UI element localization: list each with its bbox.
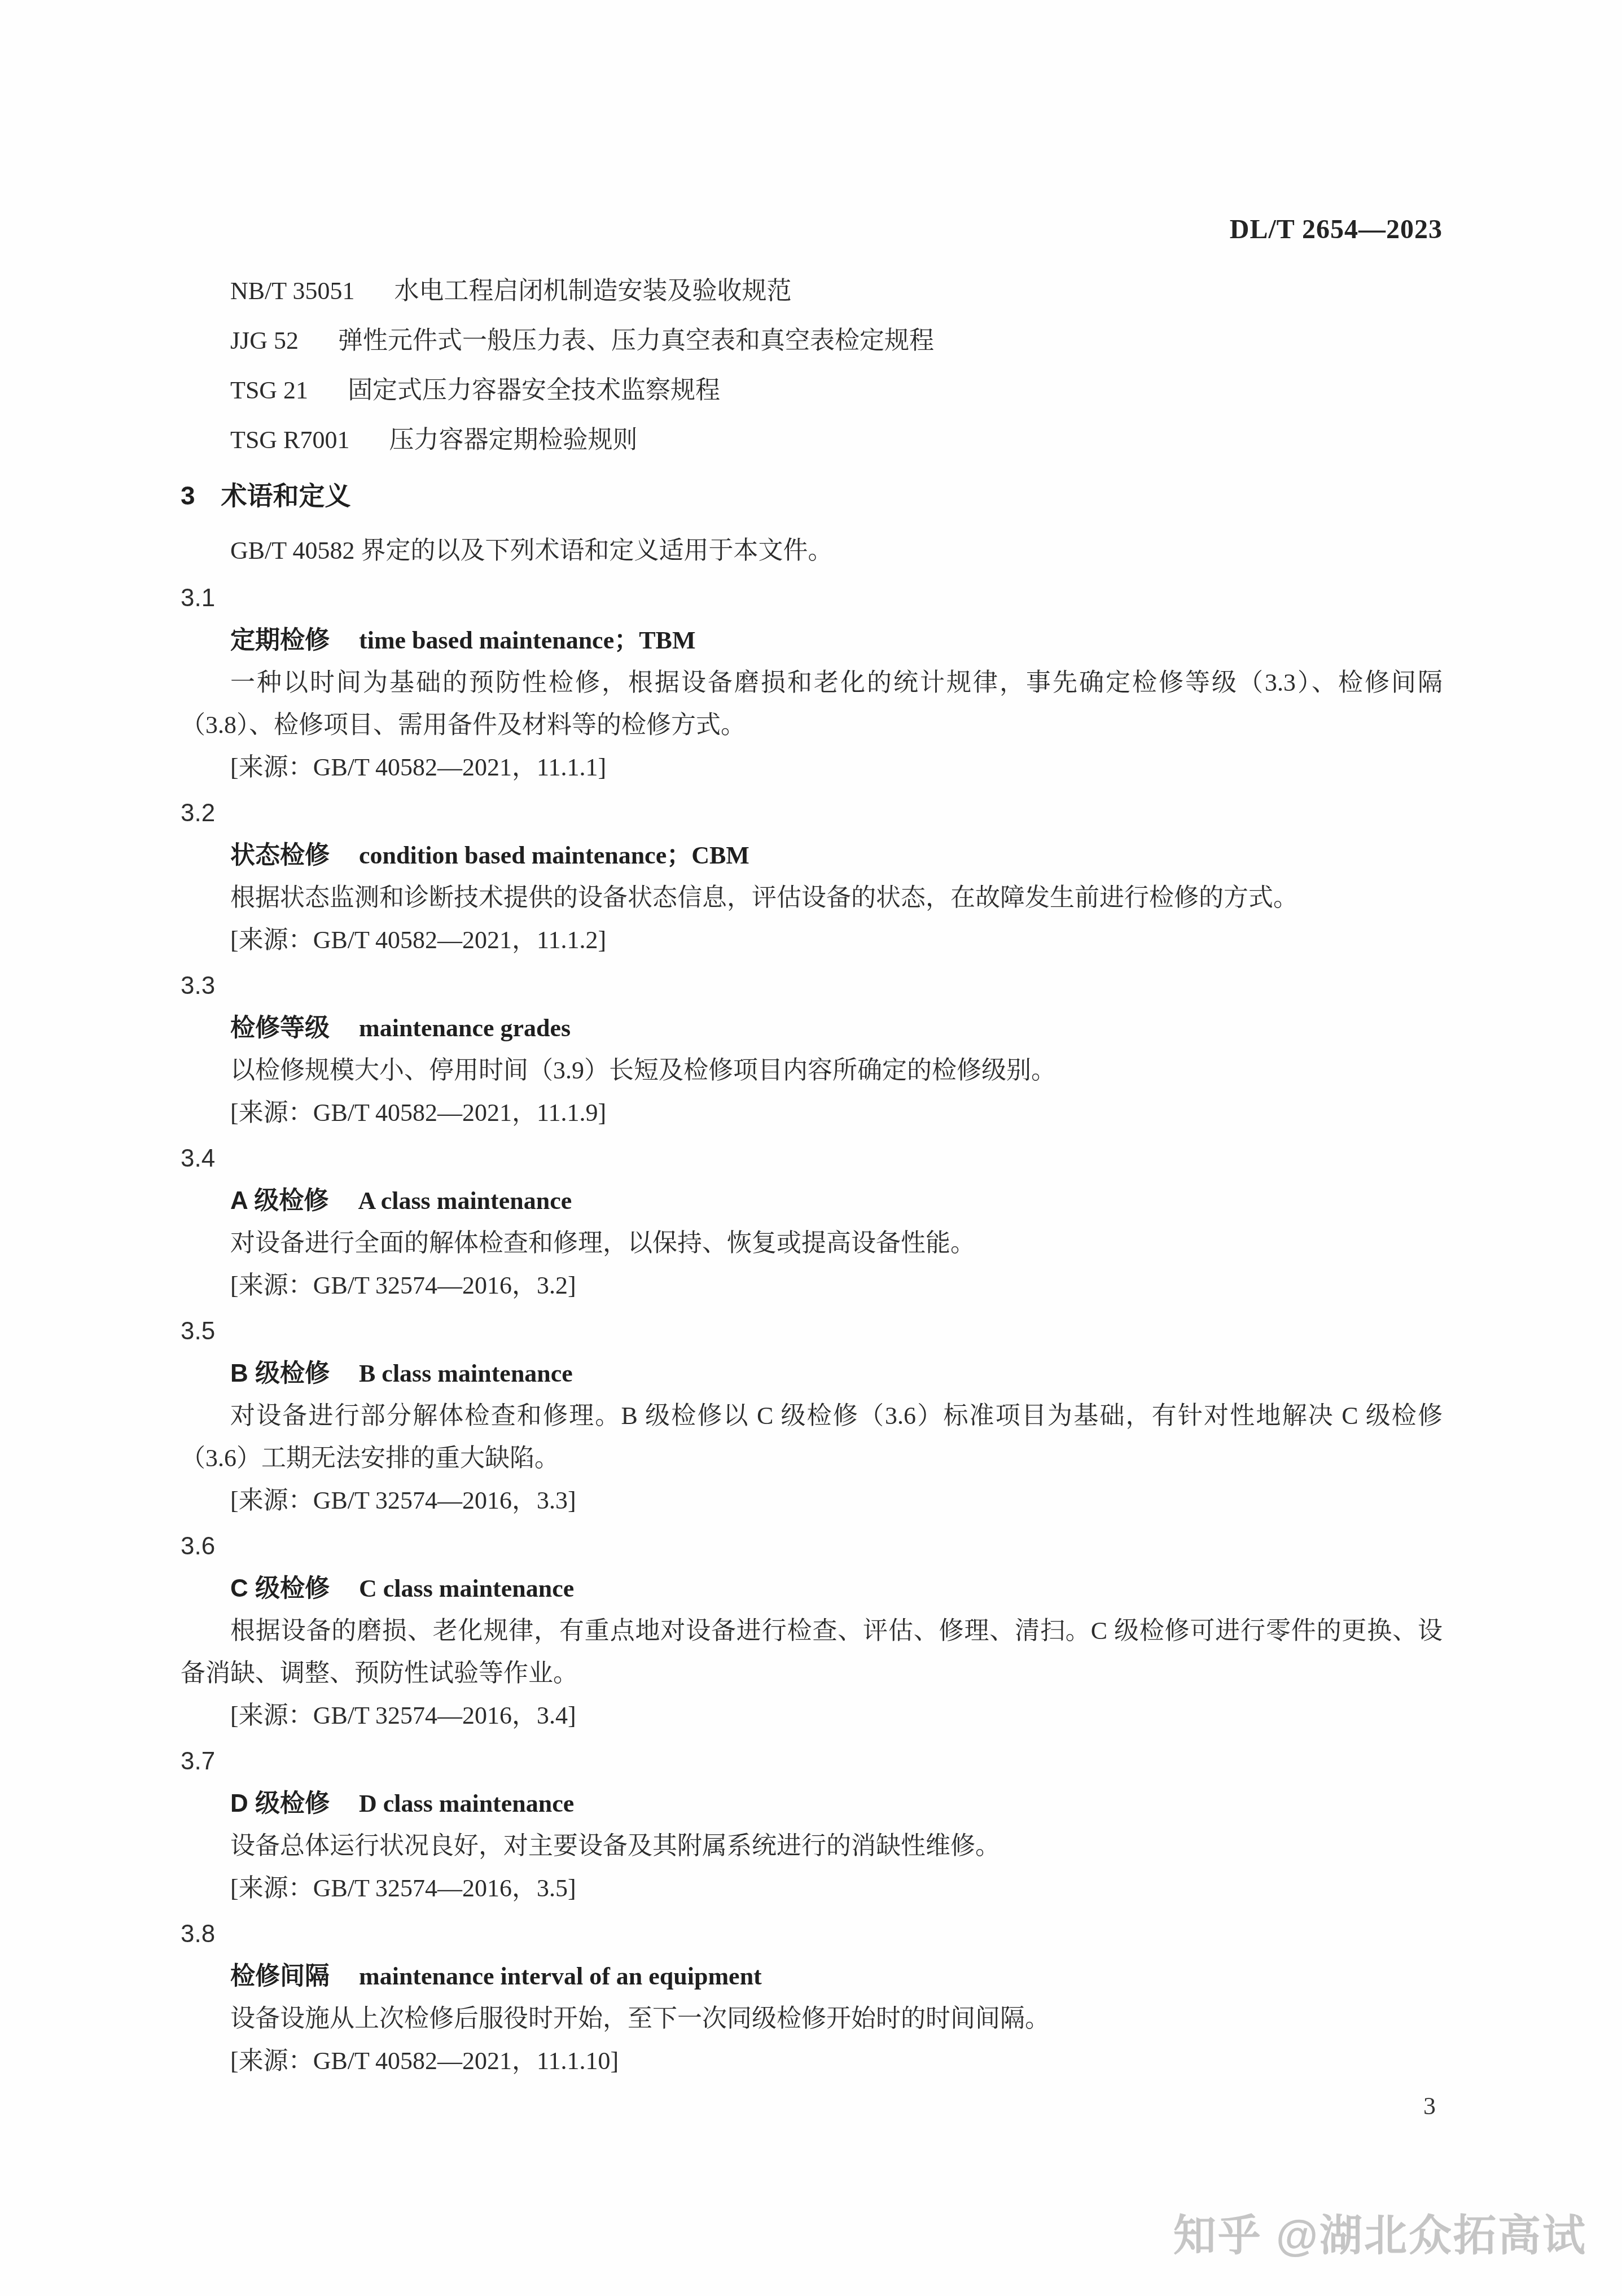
term-en: C class maintenance bbox=[359, 1575, 574, 1602]
term-en: maintenance interval of an equipment bbox=[359, 1962, 762, 1990]
term-heading: 检修间隔maintenance interval of an equipment bbox=[181, 1955, 1443, 1997]
term-heading: 检修等级maintenance grades bbox=[181, 1007, 1443, 1049]
term-zh: D 级检修 bbox=[230, 1790, 330, 1817]
term-source: [来源：GB/T 40582—2021，11.1.9] bbox=[181, 1092, 1443, 1134]
reference-title: 弹性元件式一般压力表、压力真空表和真空表检定规程 bbox=[338, 327, 934, 354]
term-block-3-8: 3.8 检修间隔maintenance interval of an equip… bbox=[181, 1913, 1443, 2082]
term-source: [来源：GB/T 32574—2016，3.5] bbox=[181, 1867, 1443, 1909]
list-item: TSG 21固定式压力容器安全技术监察规程 bbox=[181, 366, 1443, 415]
term-zh: 检修等级 bbox=[230, 1014, 330, 1042]
term-source: [来源：GB/T 40582—2021，11.1.1] bbox=[181, 746, 1443, 788]
reference-code: TSG R7001 bbox=[230, 426, 349, 454]
term-definition: 根据设备的磨损、老化规律，有重点地对设备进行检查、评估、修理、清扫。C 级检修可… bbox=[181, 1610, 1443, 1694]
term-block-3-4: 3.4 A 级检修A class maintenance 对设备进行全面的解体检… bbox=[181, 1137, 1443, 1307]
term-en: A class maintenance bbox=[358, 1187, 572, 1215]
standard-code-header: DL/T 2654—2023 bbox=[181, 208, 1443, 252]
section-title: 术语和定义 bbox=[221, 481, 351, 510]
term-zh: A 级检修 bbox=[230, 1187, 328, 1215]
section-heading: 3术语和定义 bbox=[181, 473, 1443, 518]
term-source: [来源：GB/T 40582—2021，11.1.2] bbox=[181, 919, 1443, 961]
term-zh: 状态检修 bbox=[230, 842, 330, 869]
reference-code: TSG 21 bbox=[230, 376, 308, 404]
reference-title: 水电工程启闭机制造安装及验收规范 bbox=[394, 277, 791, 305]
term-zh: 检修间隔 bbox=[230, 1962, 330, 1990]
page-content: DL/T 2654—2023 NB/T 35051水电工程启闭机制造安装及验收规… bbox=[181, 208, 1443, 2082]
term-definition: 一种以时间为基础的预防性检修，根据设备磨损和老化的统计规律，事先确定检修等级（3… bbox=[181, 661, 1443, 746]
list-item: NB/T 35051水电工程启闭机制造安装及验收规范 bbox=[181, 266, 1443, 316]
term-source: [来源：GB/T 32574—2016，3.4] bbox=[181, 1694, 1443, 1737]
term-number: 3.1 bbox=[181, 577, 1443, 619]
term-heading: 定期检修time based maintenance；TBM bbox=[181, 619, 1443, 661]
term-number: 3.8 bbox=[181, 1913, 1443, 1955]
term-zh: C 级检修 bbox=[230, 1575, 330, 1602]
term-en: B class maintenance bbox=[359, 1360, 573, 1387]
term-source: [来源：GB/T 32574—2016，3.2] bbox=[181, 1264, 1443, 1307]
term-source: [来源：GB/T 40582—2021，11.1.10] bbox=[181, 2040, 1443, 2082]
term-block-3-6: 3.6 C 级检修C class maintenance 根据设备的磨损、老化规… bbox=[181, 1525, 1443, 1737]
term-definition: 以检修规模大小、停用时间（3.9）长短及检修项目内容所确定的检修级别。 bbox=[181, 1049, 1443, 1092]
page-number: 3 bbox=[1423, 2085, 1436, 2127]
reference-code: NB/T 35051 bbox=[230, 277, 354, 305]
term-block-3-2: 3.2 状态检修condition based maintenance；CBM … bbox=[181, 792, 1443, 961]
term-block-3-7: 3.7 D 级检修D class maintenance 设备总体运行状况良好，… bbox=[181, 1740, 1443, 1909]
term-en: maintenance grades bbox=[359, 1014, 571, 1042]
term-heading: 状态检修condition based maintenance；CBM bbox=[181, 834, 1443, 877]
term-block-3-1: 3.1 定期检修time based maintenance；TBM 一种以时间… bbox=[181, 577, 1443, 788]
document-page: DL/T 2654—2023 NB/T 35051水电工程启闭机制造安装及验收规… bbox=[0, 0, 1622, 2296]
term-en: time based maintenance；TBM bbox=[359, 626, 695, 654]
list-item: TSG R7001压力容器定期检验规则 bbox=[181, 415, 1443, 465]
term-source: [来源：GB/T 32574—2016，3.3] bbox=[181, 1479, 1443, 1522]
term-heading: A 级检修A class maintenance bbox=[181, 1180, 1443, 1222]
term-zh: B 级检修 bbox=[230, 1360, 330, 1387]
term-number: 3.4 bbox=[181, 1137, 1443, 1180]
term-definition: 对设备进行全面的解体检查和修理，以保持、恢复或提高设备性能。 bbox=[181, 1222, 1443, 1264]
reference-code: JJG 52 bbox=[230, 327, 299, 354]
term-number: 3.2 bbox=[181, 792, 1443, 834]
normative-references-list: NB/T 35051水电工程启闭机制造安装及验收规范 JJG 52弹性元件式一般… bbox=[181, 266, 1443, 465]
term-block-3-3: 3.3 检修等级maintenance grades 以检修规模大小、停用时间（… bbox=[181, 965, 1443, 1134]
term-definition: 设备设施从上次检修后服役时开始，至下一次同级检修开始时的时间间隔。 bbox=[181, 1997, 1443, 2040]
term-number: 3.3 bbox=[181, 965, 1443, 1007]
term-definition: 根据状态监测和诊断技术提供的设备状态信息，评估设备的状态，在故障发生前进行检修的… bbox=[181, 877, 1443, 919]
term-zh: 定期检修 bbox=[230, 626, 330, 654]
watermark-text: 知乎 @湖北众拓高试 bbox=[1173, 2201, 1587, 2263]
term-heading: C 级检修C class maintenance bbox=[181, 1567, 1443, 1610]
term-heading: D 级检修D class maintenance bbox=[181, 1782, 1443, 1825]
list-item: JJG 52弹性元件式一般压力表、压力真空表和真空表检定规程 bbox=[181, 316, 1443, 366]
section-intro: GB/T 40582 界定的以及下列术语和定义适用于本文件。 bbox=[181, 528, 1443, 573]
term-en: D class maintenance bbox=[359, 1790, 574, 1817]
term-block-3-5: 3.5 B 级检修B class maintenance 对设备进行部分解体检查… bbox=[181, 1310, 1443, 1522]
term-heading: B 级检修B class maintenance bbox=[181, 1352, 1443, 1395]
reference-title: 固定式压力容器安全技术监察规程 bbox=[348, 376, 720, 404]
term-number: 3.6 bbox=[181, 1525, 1443, 1567]
term-definition: 设备总体运行状况良好，对主要设备及其附属系统进行的消缺性维修。 bbox=[181, 1825, 1443, 1867]
term-number: 3.5 bbox=[181, 1310, 1443, 1352]
term-number: 3.7 bbox=[181, 1740, 1443, 1782]
term-en: condition based maintenance；CBM bbox=[359, 842, 749, 869]
section-number: 3 bbox=[181, 481, 195, 510]
reference-title: 压力容器定期检验规则 bbox=[389, 426, 637, 454]
term-definition: 对设备进行部分解体检查和修理。B 级检修以 C 级检修（3.6）标准项目为基础，… bbox=[181, 1395, 1443, 1479]
